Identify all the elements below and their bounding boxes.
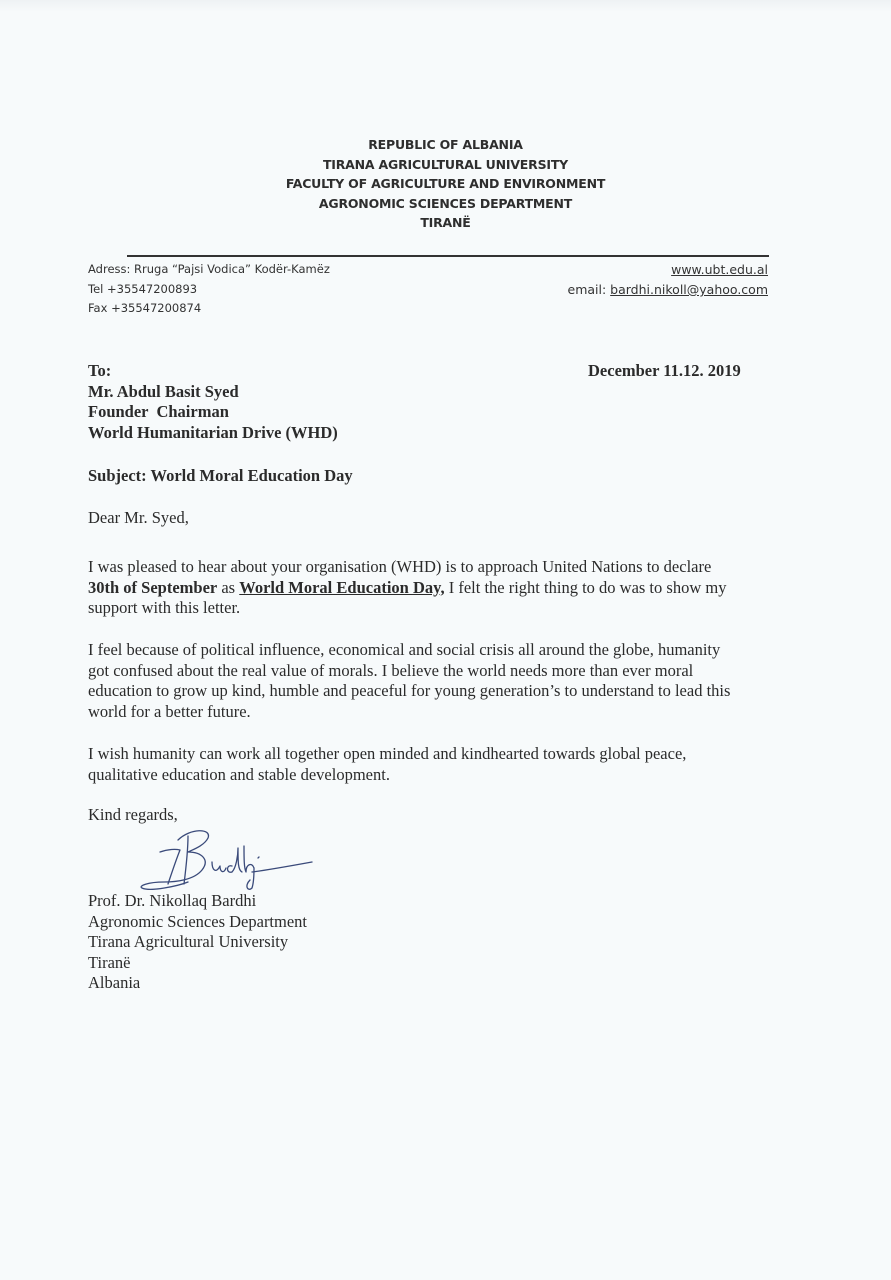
paragraph-line: support with this letter. xyxy=(88,598,818,619)
letterhead-country: REPUBLIC OF ALBANIA xyxy=(0,135,891,155)
letter-date: December 11.12. 2019 xyxy=(588,361,741,382)
highlight-event-name: World Moral Education Day, xyxy=(239,578,444,597)
letterhead: REPUBLIC OF ALBANIA TIRANA AGRICULTURAL … xyxy=(0,135,891,233)
highlight-date: 30th of September xyxy=(88,578,217,597)
contact-info-left: Adress: Rruga “Pajsi Vodica” Kodër-Kamëz… xyxy=(88,260,330,319)
fax: Fax +35547200874 xyxy=(88,299,330,319)
paragraph-line: qualitative education and stable develop… xyxy=(88,765,818,786)
paragraph-line: 30th of September as World Moral Educati… xyxy=(88,578,818,599)
signature-icon xyxy=(128,822,328,894)
letterhead-department: AGRONOMIC SCIENCES DEPARTMENT xyxy=(0,194,891,214)
paragraph-line: education to grow up kind, humble and pe… xyxy=(88,681,818,702)
email-link[interactable]: bardhi.nikoll@yahoo.com xyxy=(610,282,768,297)
letterhead-faculty: FACULTY OF AGRICULTURE AND ENVIRONMENT xyxy=(0,174,891,194)
paragraph-text: as xyxy=(217,578,239,597)
recipient-label: To: xyxy=(88,361,338,382)
salutation: Dear Mr. Syed, xyxy=(88,508,189,529)
recipient-title: Founder Chairman xyxy=(88,402,338,423)
paragraph-line: world for a better future. xyxy=(88,702,818,723)
scanned-letter-page: REPUBLIC OF ALBANIA TIRANA AGRICULTURAL … xyxy=(0,0,891,1280)
paragraph-text: I felt the right thing to do was to show… xyxy=(445,578,727,597)
body-paragraph-2: I feel because of political influence, e… xyxy=(88,640,818,722)
recipient-name: Mr. Abdul Basit Syed xyxy=(88,382,338,403)
paragraph-line: got confused about the real value of mor… xyxy=(88,661,818,682)
contact-info-right: www.ubt.edu.al email: bardhi.nikoll@yaho… xyxy=(568,260,769,300)
signatory-university: Tirana Agricultural University xyxy=(88,932,307,953)
letterhead-divider xyxy=(127,255,769,257)
telephone: Tel +35547200893 xyxy=(88,280,330,300)
body-paragraph-3: I wish humanity can work all together op… xyxy=(88,744,818,785)
paragraph-line: I wish humanity can work all together op… xyxy=(88,744,818,765)
email-label: email: xyxy=(568,282,611,297)
letterhead-city: TIRANË xyxy=(0,213,891,233)
website-link[interactable]: www.ubt.edu.al xyxy=(671,262,768,277)
recipient-block: To: Mr. Abdul Basit Syed Founder Chairma… xyxy=(88,361,338,443)
paragraph-line: I was pleased to hear about your organis… xyxy=(88,557,818,578)
address: Adress: Rruga “Pajsi Vodica” Kodër-Kamëz xyxy=(88,260,330,280)
signatory-name: Prof. Dr. Nikollaq Bardhi xyxy=(88,891,307,912)
signatory-block: Prof. Dr. Nikollaq Bardhi Agronomic Scie… xyxy=(88,891,307,994)
subject-line: Subject: World Moral Education Day xyxy=(88,466,353,487)
body-paragraph-1: I was pleased to hear about your organis… xyxy=(88,557,818,619)
signatory-department: Agronomic Sciences Department xyxy=(88,912,307,933)
paragraph-line: I feel because of political influence, e… xyxy=(88,640,818,661)
recipient-organization: World Humanitarian Drive (WHD) xyxy=(88,423,338,444)
letterhead-university: TIRANA AGRICULTURAL UNIVERSITY xyxy=(0,155,891,175)
signatory-city: Tiranë xyxy=(88,953,307,974)
signatory-country: Albania xyxy=(88,973,307,994)
